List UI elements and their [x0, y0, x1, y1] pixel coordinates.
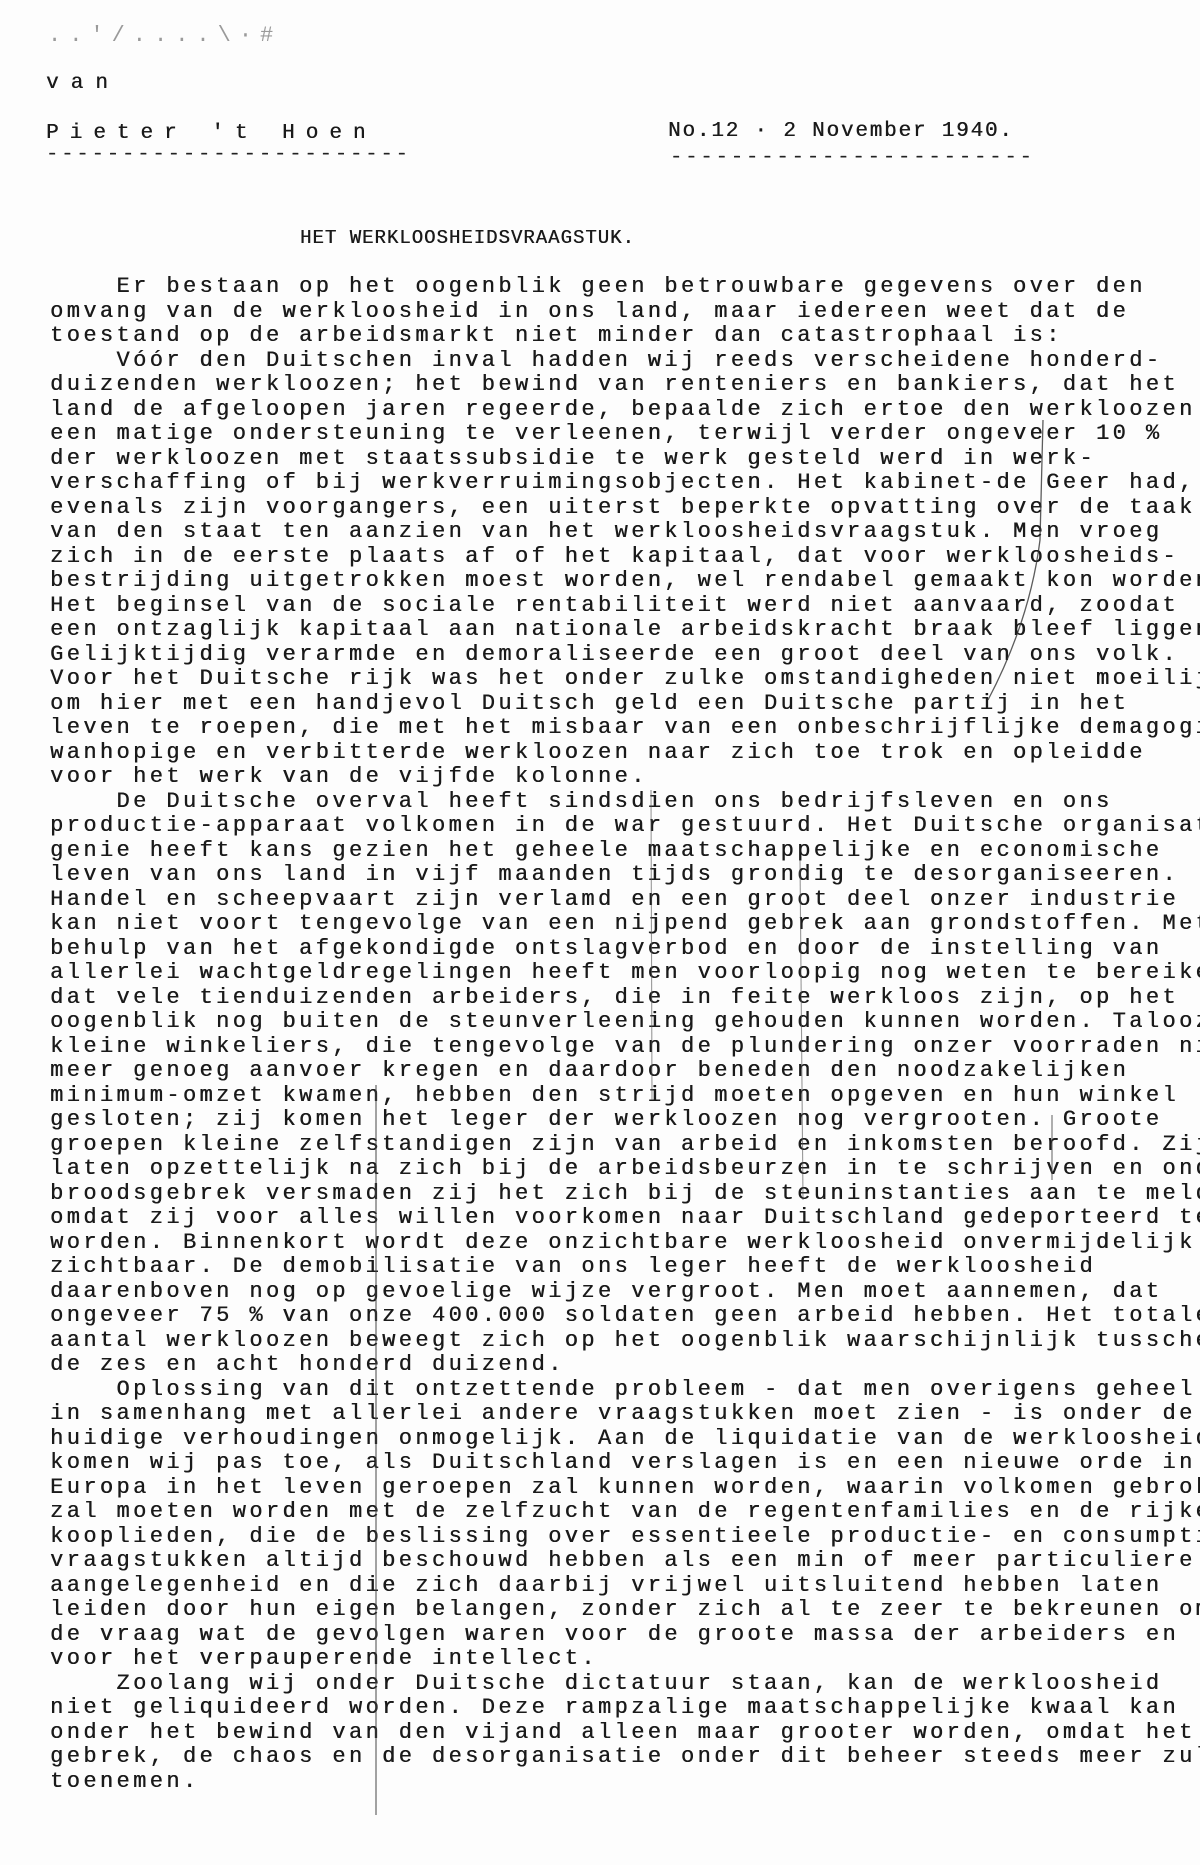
paper-crease-marks — [0, 0, 1200, 1865]
document-page: ..'/....\·# van Pieter 't Hoen ---------… — [0, 0, 1200, 1865]
